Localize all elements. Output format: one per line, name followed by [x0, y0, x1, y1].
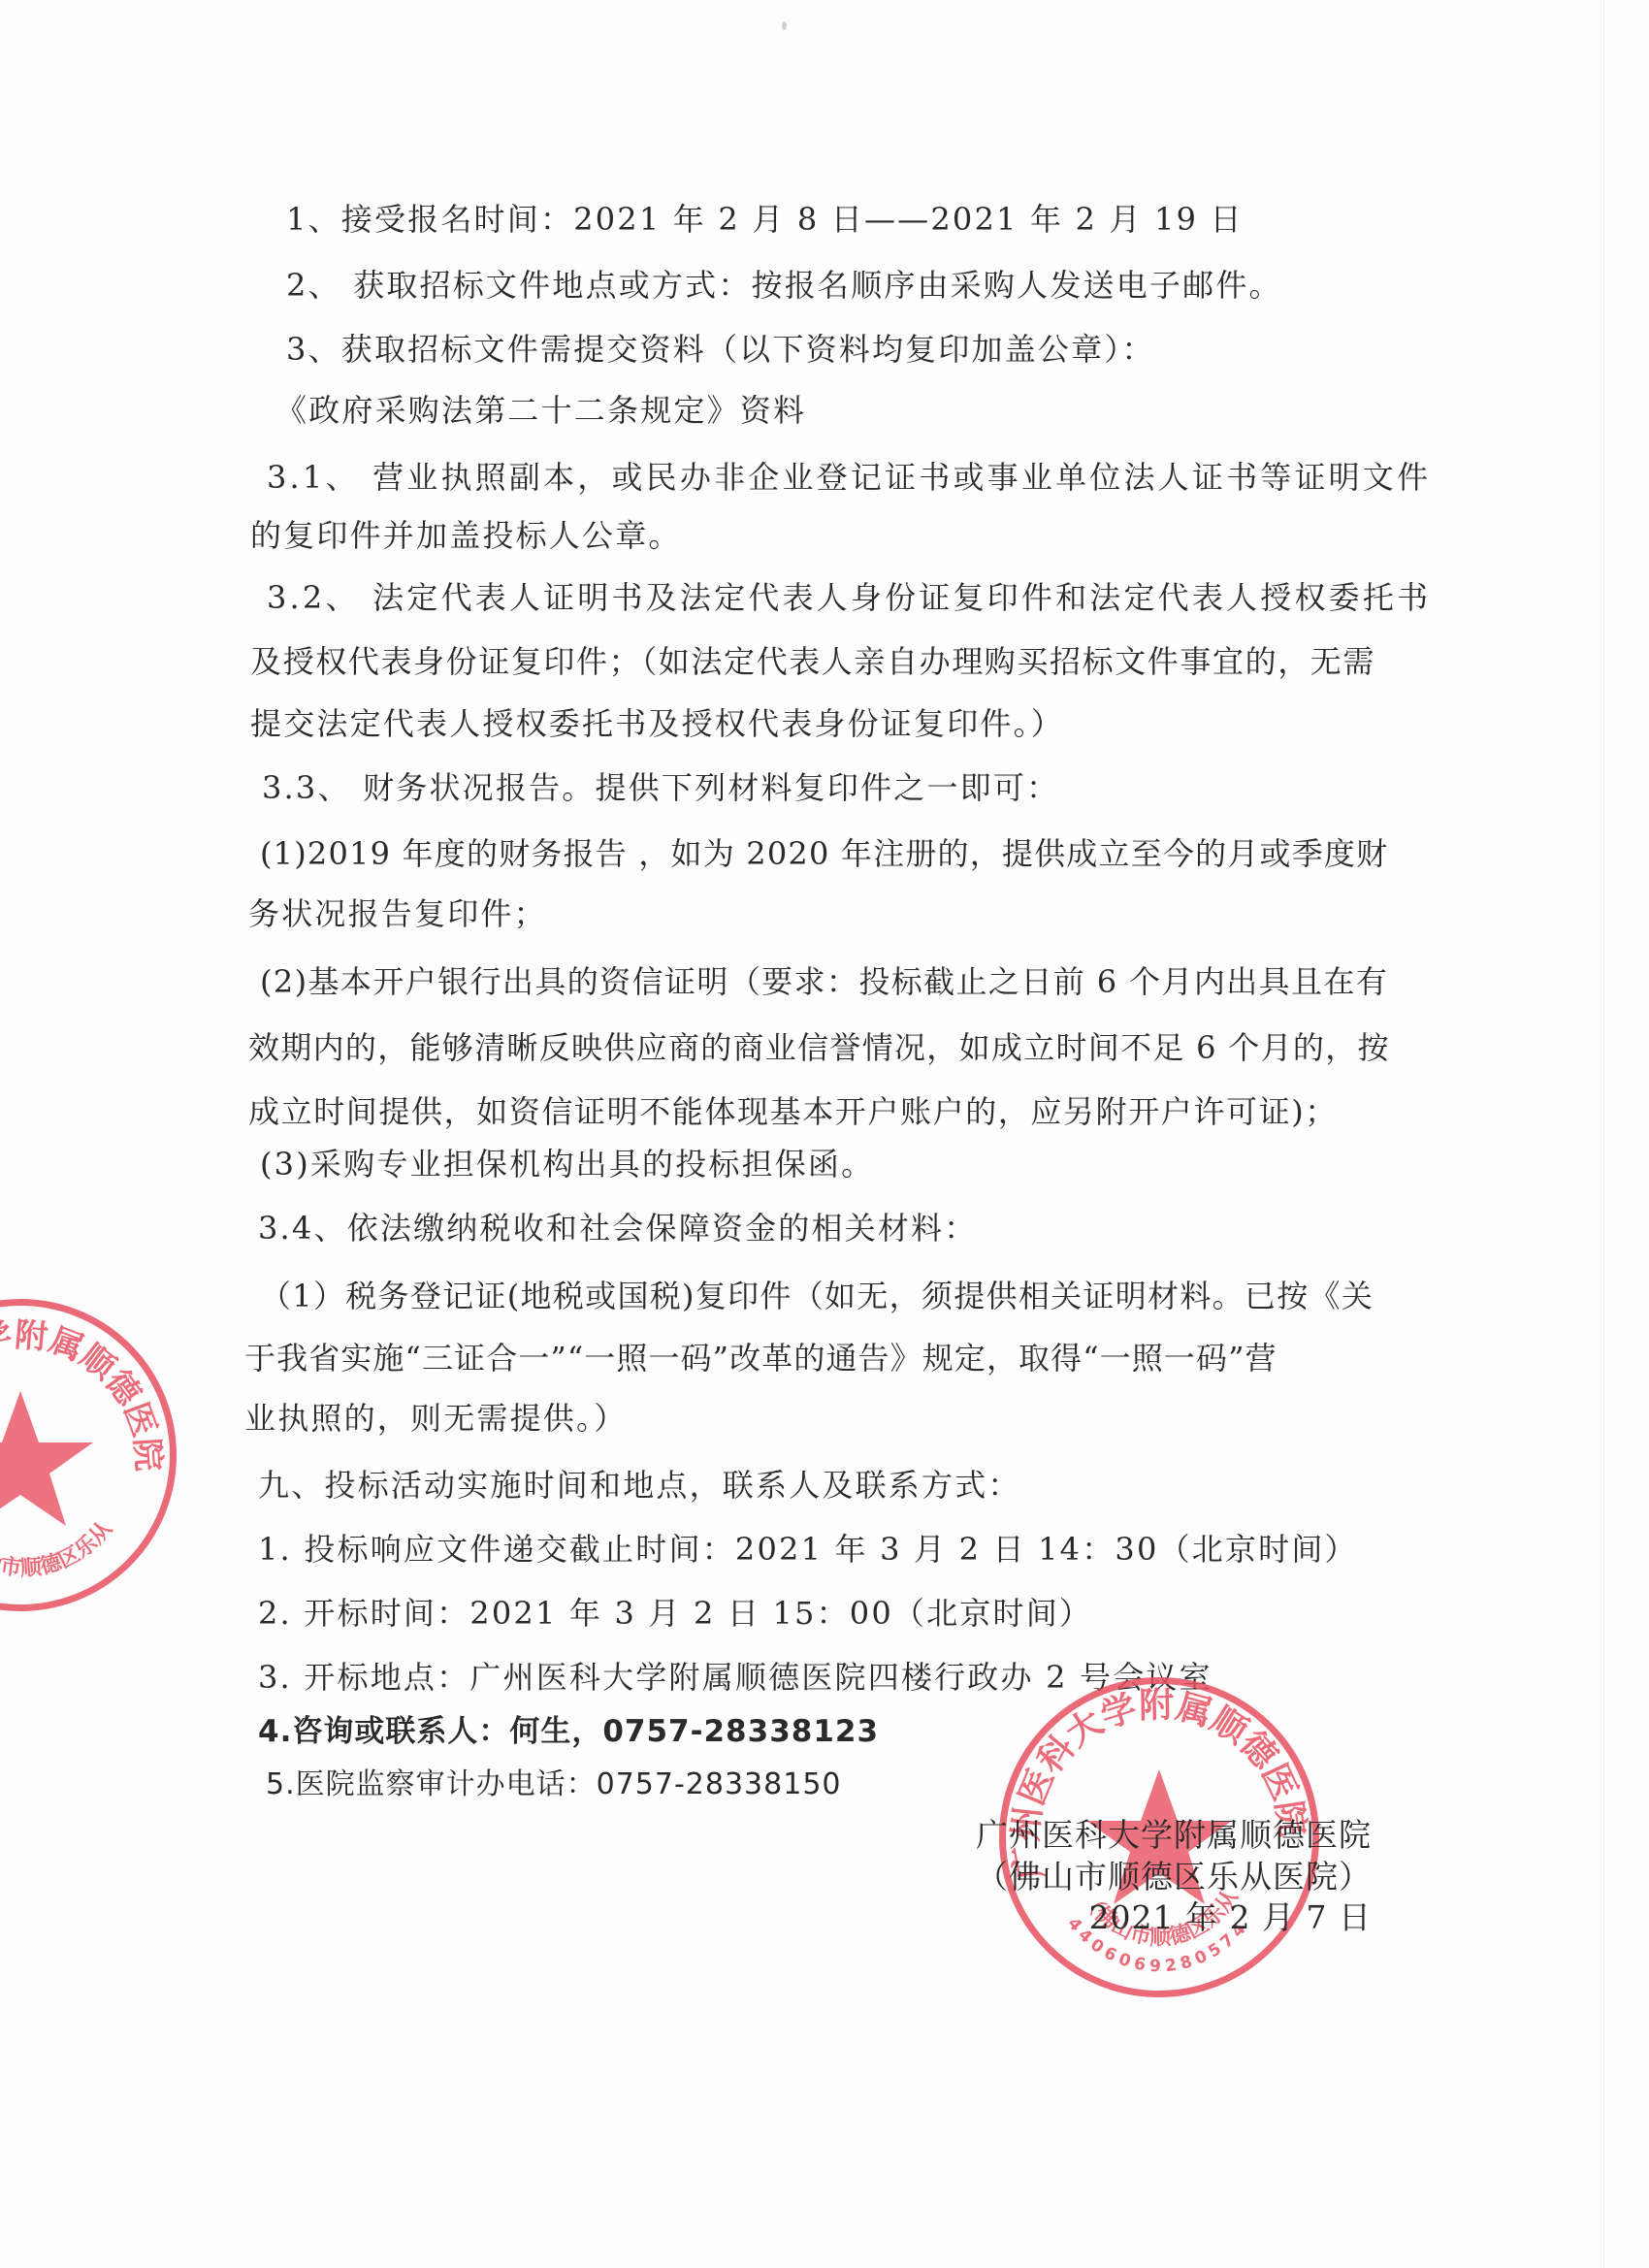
requirement-3-4-1-line-3: 业执照的，则无需提供。） [244, 1399, 627, 1438]
official-seal-left: 广州医科大学附属顺德医院 （佛山市顺德区乐从医院） [0, 1299, 177, 1611]
registration-item-2: 2、 获取招标文件地点或方式：按报名顺序由采购人发送电子邮件。 [286, 266, 1282, 305]
contact-person: 4.咨询或联系人：何生，0757-28338123 [258, 1712, 879, 1751]
requirement-3-3-1-line-1: (1)2019 年度的财务报告 ，如为 2020 年注册的，提供成立至今的月或季… [260, 834, 1388, 873]
requirement-3-3-2-line-2: 效期内的，能够清晰反映供应商的商业信誉情况，如成立时间不足 6 个月的，按 [248, 1028, 1390, 1067]
requirement-3-1-line-2: 的复印件并加盖投标人公章。 [250, 516, 682, 555]
signature-org-alias: （佛山市顺德区乐从医院） [976, 1858, 1372, 1896]
section-9-heading: 九、投标活动实施时间和地点，联系人及联系方式： [258, 1466, 1021, 1505]
requirement-3-3-1-line-2: 务状况报告复印件； [248, 894, 547, 933]
requirement-3-3-2-line-1: (2)基本开户银行出具的资信证明（要求：投标截止之日前 6 个月内出具且在有 [260, 962, 1388, 1001]
signature-org-name: 广州医科大学附属顺德医院 [976, 1816, 1372, 1855]
seal-star-icon [0, 1391, 93, 1526]
requirement-3-4-1-line-2: 于我省实施“三证合一”“一照一码”改革的通告》规定，取得“一照一码”营 [244, 1339, 1277, 1377]
section-9-item-1: 1. 投标响应文件递交截止时间：2021 年 3 月 2 日 14：30（北京时… [258, 1530, 1358, 1569]
requirement-3-1-line-1: 3.1、 营业执照副本，或民办非企业登记证书或事业单位法人证书等证明文件 [267, 458, 1431, 497]
requirement-3-2-line-1: 3.2、 法定代表人证明书及法定代表人身份证复印件和法定代表人授权委托书 [267, 578, 1431, 617]
audit-office-phone: 5.医院监察审计办电话：0757-28338150 [266, 1766, 842, 1804]
signature-date: 2021 年 2 月 7 日 [1089, 1898, 1372, 1937]
registration-item-1: 1、接受报名时间：2021 年 2 月 8 日——2021 年 2 月 19 日 [286, 200, 1244, 239]
seal-left-graphic: 广州医科大学附属顺德医院 （佛山市顺德区乐从医院） [0, 1299, 177, 1611]
requirement-3-2-line-2: 及授权代表身份证复印件；（如法定代表人亲自办理购买招标文件事宜的，无需 [250, 642, 1375, 681]
registration-item-3: 3、获取招标文件需提交资料（以下资料均复印加盖公章）： [286, 330, 1155, 369]
scan-edge-line [1603, 0, 1604, 2268]
requirement-3-3-3-line-1: (3)采购专业担保机构出具的投标担保函。 [260, 1145, 874, 1183]
requirement-3-4-line-1: 3.4、依法缴纳税收和社会保障资金的相关材料： [258, 1209, 978, 1247]
law-reference: 《政府采购法第二十二条规定》资料 [275, 391, 806, 430]
scan-speck [782, 21, 787, 30]
document-page: 1、接受报名时间：2021 年 2 月 8 日——2021 年 2 月 19 日… [0, 0, 1649, 2268]
requirement-3-4-1-line-1: （1）税务登记证(地税或国税)复印件（如无，须提供相关证明材料。已按《关 [260, 1277, 1374, 1315]
requirement-3-3-2-line-3: 成立时间提供，如资信证明不能体现基本开户账户的，应另附开户许可证)； [248, 1092, 1338, 1131]
requirement-3-3-line-1: 3.3、 财务状况报告。提供下列材料复印件之一即可： [262, 768, 1059, 807]
section-9-item-2: 2. 开标时间：2021 年 3 月 2 日 15：00（北京时间） [258, 1594, 1092, 1633]
requirement-3-2-line-3: 提交法定代表人授权委托书及授权代表身份证复印件。） [250, 704, 1064, 743]
